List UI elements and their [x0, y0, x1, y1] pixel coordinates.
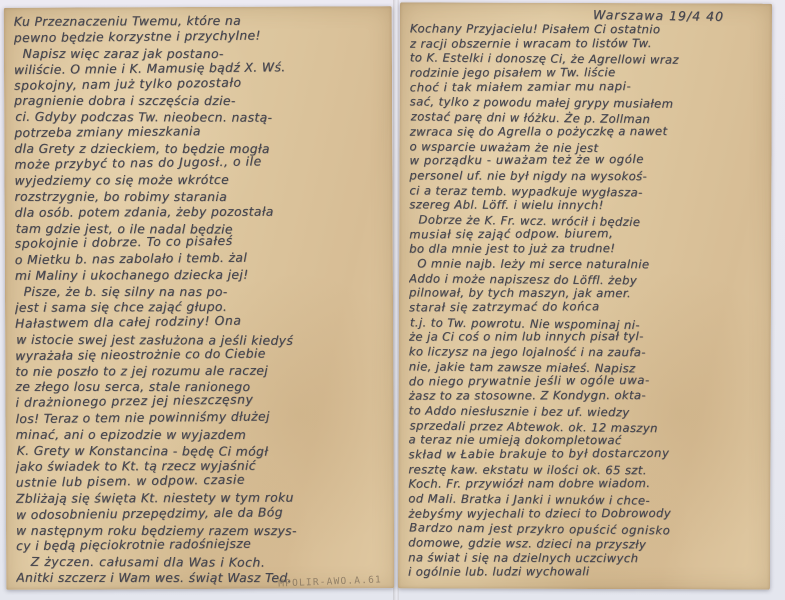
handwritten-line: Koch. Fr. przywiózł nam dobre wiadom. [408, 476, 764, 492]
handwritten-line: żebyśmy wyjechali to dzieci to Dobrowody [408, 505, 764, 521]
handwritten-line: że ja Ci coś o nim lub innych pisał tyl- [409, 329, 765, 345]
letter-page-left: Ku Przeznaczeniu Twemu, które napewno bę… [4, 6, 395, 590]
handwritten-line: los! Teraz o tem nie powinniśmy dłużej [15, 408, 387, 428]
left-page-handwriting: Ku Przeznaczeniu Twemu, które napewno bę… [14, 13, 388, 587]
handwritten-line: Pisze, że b. się silny na nas po- [15, 285, 387, 301]
handwritten-line: ci a teraz temb. wypadkuje wygłasza- [409, 183, 765, 201]
right-page-body: Kochany Przyjacielu! Pisałem Ci ostatnio… [408, 21, 766, 580]
handwritten-line: choć i tak miałem zamiar mu napi- [410, 78, 766, 95]
handwritten-line: to nie poszło to z jej rozumu ale raczej [15, 363, 387, 381]
handwritten-line: pragnienie dobra i szczęścia dzie- [14, 94, 386, 110]
handwritten-line: pewno będzie korzystne i przychylne! [14, 27, 386, 47]
handwritten-line: musiał się zająć odpow. biurem, [409, 225, 765, 242]
handwritten-line: Z życzen. całusami dla Was i Koch. [17, 555, 389, 572]
handwritten-line: K. Grety w Konstancina - będę Ci mógł [17, 444, 389, 461]
handwritten-line: ko liczysz na jego lojalność i na zaufa- [409, 345, 765, 361]
handwritten-line: potrzeba zmiany mieszkania [14, 122, 386, 142]
handwritten-line: personel uf. nie był nigdy na wysokoś- [409, 168, 765, 184]
right-page-handwriting: Warszawa 19/4 40 Kochany Przyjacielu! Pi… [408, 6, 766, 580]
handwritten-line: do niego prywatnie jeśli w ogóle uwa- [409, 372, 765, 389]
handwritten-line: wyrażała się nieostrożnie co do Ciebie [15, 345, 387, 365]
handwritten-line: bo dla mnie jest to już za trudne! [409, 241, 765, 257]
handwritten-line: w porządku - uważam też że w ogóle [409, 151, 765, 168]
handwritten-line: wyjedziemy co się może wkrótce [14, 172, 386, 190]
letter-photograph: Ku Przeznaczeniu Twemu, które napewno bę… [0, 0, 785, 600]
handwritten-line: starał się zatrzymać do końca [409, 298, 765, 315]
handwritten-line: zwraca się do Agrella o pożyczkę a nawet [410, 124, 766, 140]
handwritten-line: i ogólnie lub. ludzi wychowali [408, 564, 764, 580]
handwritten-line: mi Maliny i ukochanego dziecka jej! [15, 267, 387, 285]
handwritten-line: w odosobnieniu przepędzimy, ale da Bóg [16, 504, 388, 524]
letter-page-right: Warszawa 19/4 40 Kochany Przyjacielu! Pi… [398, 2, 772, 589]
handwritten-line: rozstrzygnie, bo robimy starania [15, 190, 387, 206]
handwritten-line: cy i będą pięciokrotnie radośniejsze [16, 536, 388, 556]
handwritten-line: skład w Łabie brakuje to był dostarczony [408, 445, 764, 462]
handwritten-line: minać, ani o epizodzie w wyjazdem [16, 428, 388, 444]
handwritten-line: O mnie najb. leży mi serce naturalnie [409, 256, 765, 272]
handwritten-line: Addo i może napiszesz do Löffl. żeby [409, 271, 765, 289]
handwritten-line: o Mietku b. nas zabolało i temb. żal [15, 250, 387, 270]
handwritten-line: żasz to za stosowne. Z Kondygn. okta- [409, 388, 765, 404]
handwritten-line: z racji obszernie i wracam to listów Tw. [410, 35, 766, 51]
handwritten-line: dla osób. potem zdania, żeby pozostała [15, 204, 387, 222]
